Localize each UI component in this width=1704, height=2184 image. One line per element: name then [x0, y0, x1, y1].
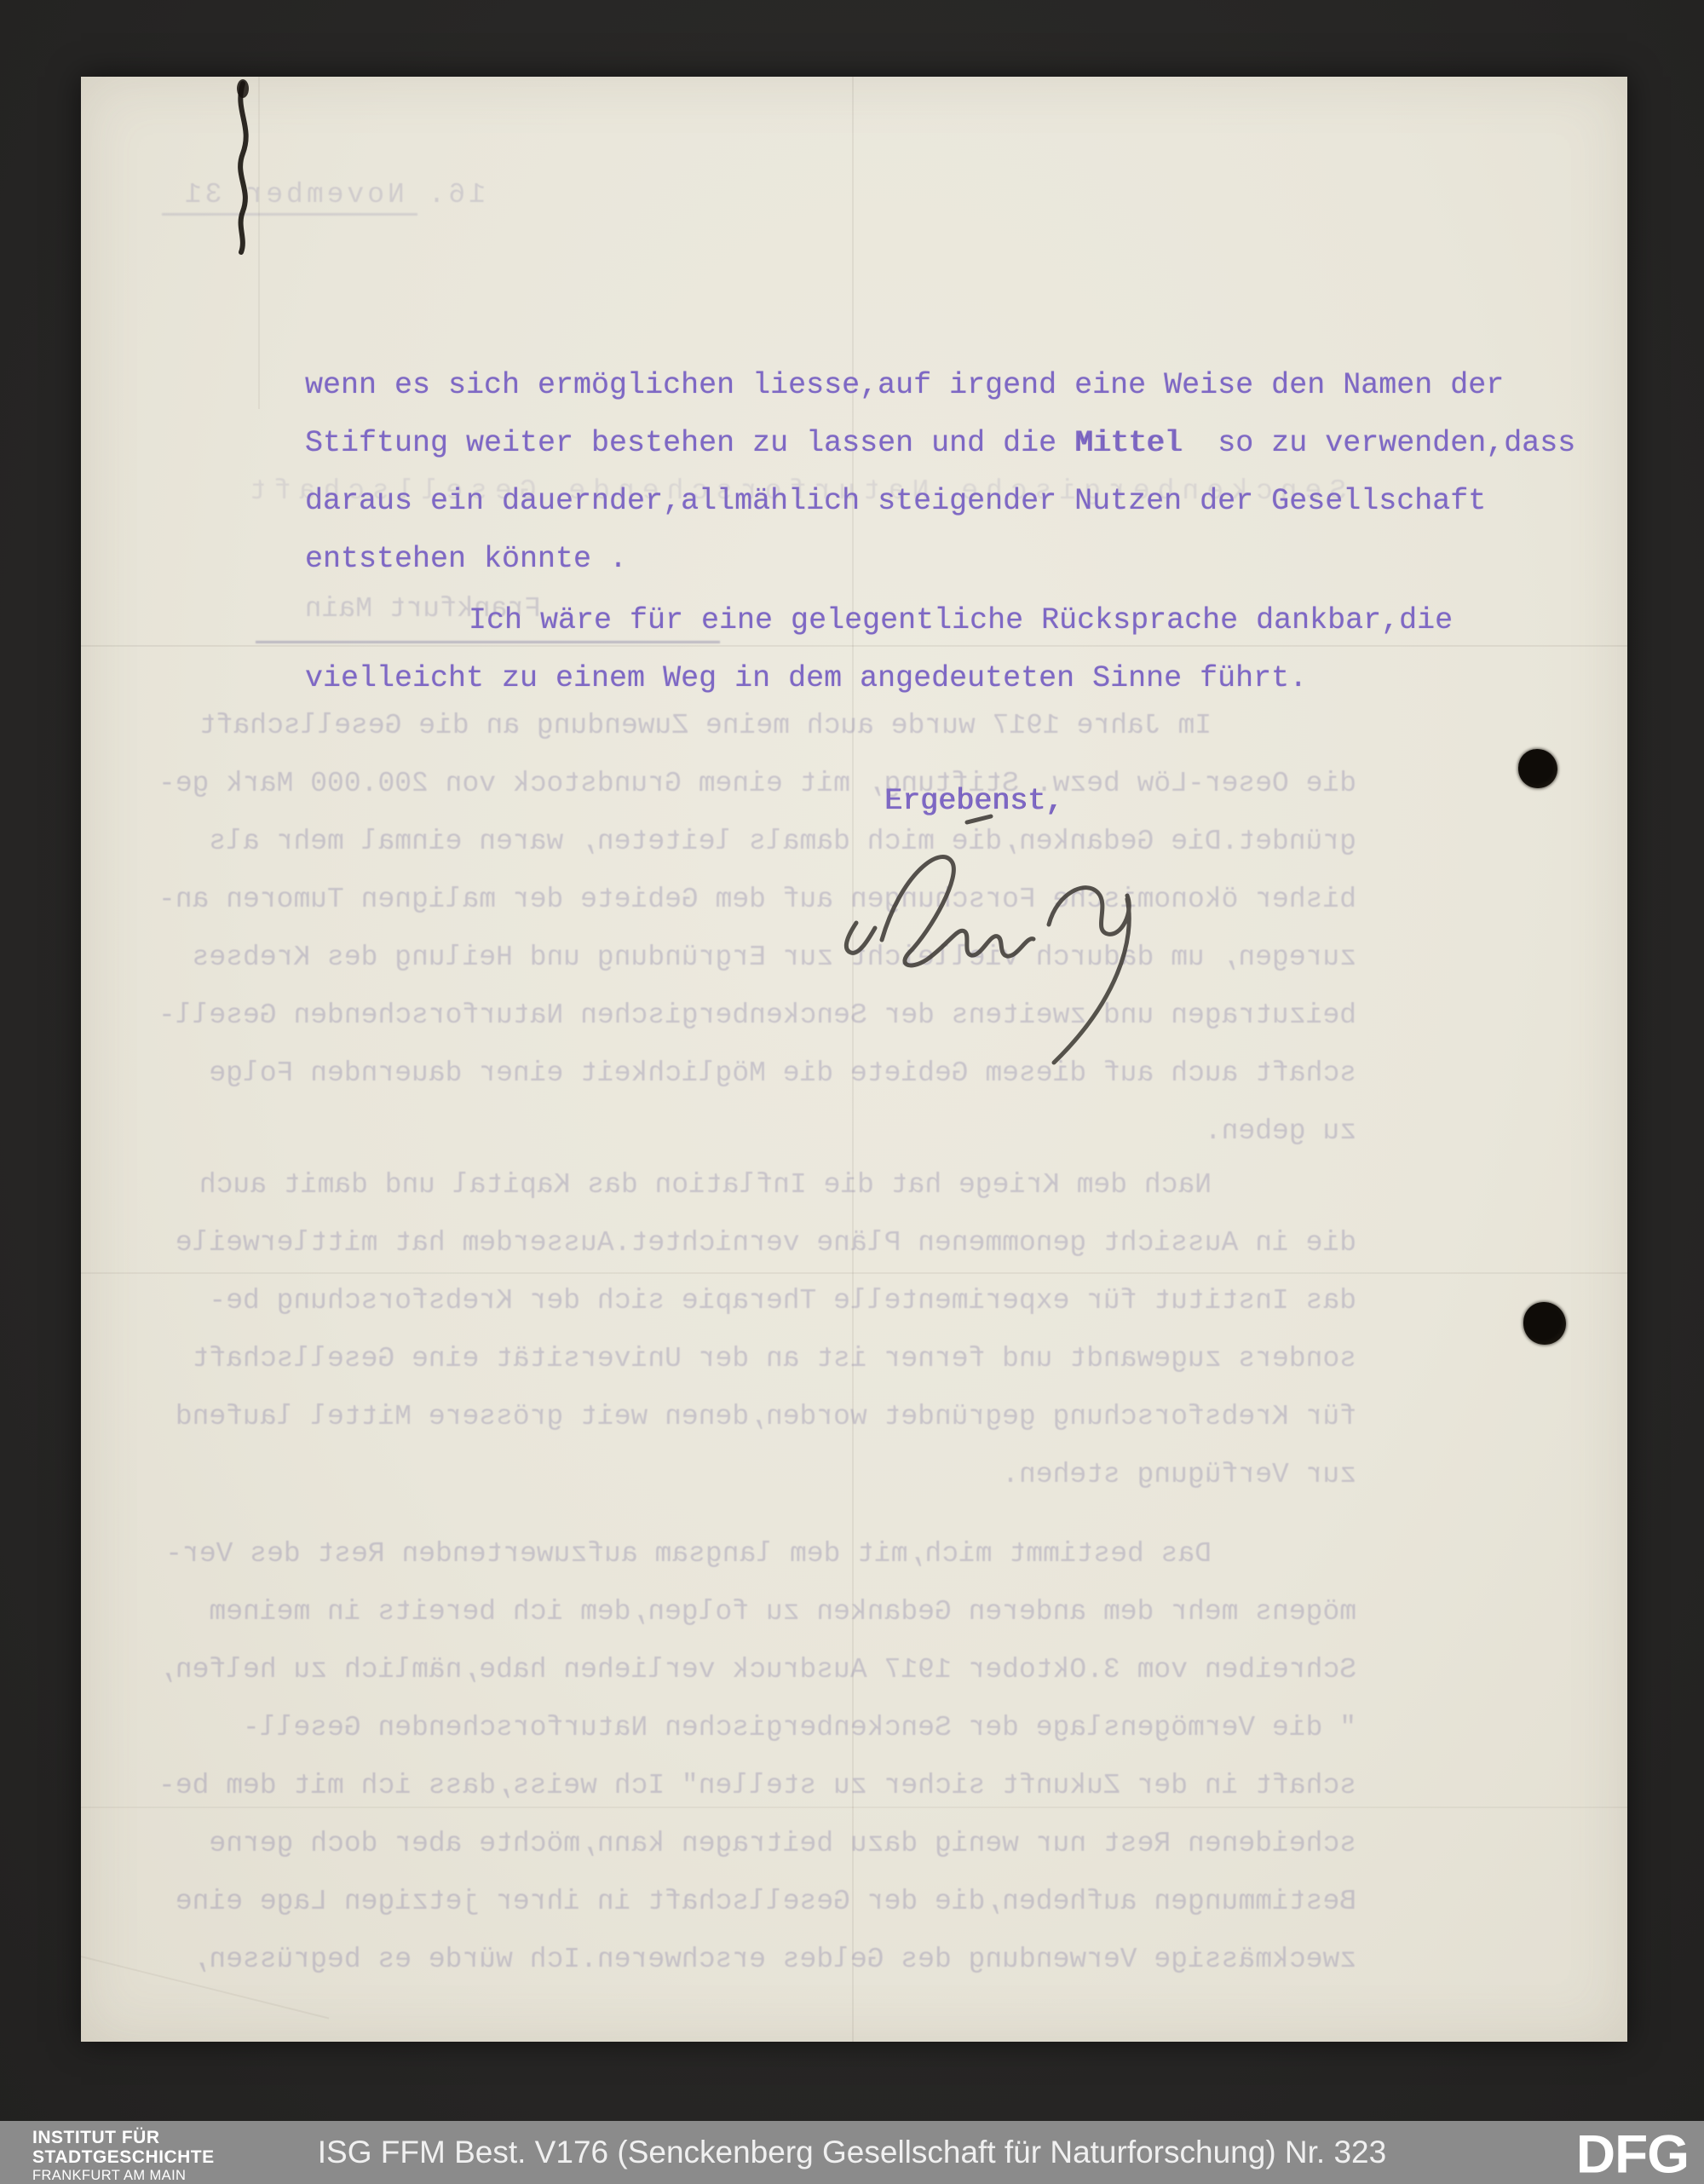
typed-line-1: wenn es sich ermöglichen liesse,auf irge…	[305, 368, 1504, 402]
punch-hole-top	[1518, 749, 1557, 788]
ink-mark	[224, 78, 258, 257]
bleedthrough-line: die Oeser-Löw bezw. Stiftung, mit einem …	[147, 768, 1356, 800]
bleedthrough-date-line: 16. November 31	[162, 179, 486, 211]
typed-line-5: Ich wäre für eine gelegentliche Rückspra…	[305, 603, 1453, 637]
bleedthrough-line: zur Verfügung stehen.	[147, 1459, 1356, 1491]
archive-caption: ISG FFM Best. V176 (Senckenberg Gesellsc…	[0, 2135, 1704, 2170]
typed-line-3: daraus ein dauernder,allmählich steigend…	[305, 484, 1486, 518]
bleedthrough-line: Bestimmungen aufheben,die der Gesellscha…	[147, 1886, 1356, 1918]
typed-line-2-pre: Stiftung weiter bestehen zu lassen und d…	[305, 426, 1074, 460]
bleedthrough-line: Nach dem Kriege hat die Inflation das Ka…	[147, 1169, 1356, 1201]
bleedthrough-line: das Institut für experimentelle Therapie…	[147, 1285, 1356, 1317]
bleedthrough-line: scheidenen Rest nur wenig dazu beitragen…	[147, 1828, 1356, 1860]
fold-crease-horizontal-upper	[81, 645, 1627, 647]
bleedthrough-line: Das bestimmt mich,mit dem langsam aufzuw…	[147, 1538, 1356, 1570]
fold-crease-vertical-top-left	[258, 77, 260, 409]
bleedthrough-line: die in Aussicht genommenen Pläne vernich…	[147, 1227, 1356, 1259]
bleedthrough-line: sonders zugewandt und ferner ist an der …	[147, 1343, 1356, 1375]
fold-crease-horizontal-middle	[81, 1272, 1627, 1274]
bleedthrough-line: zu geben.	[147, 1115, 1356, 1148]
bleedthrough-line: Schreiben vom 3.Oktober 1917 Ausdruck ve…	[147, 1654, 1356, 1686]
bleedthrough-line: für Krebsforschung gegründet worden,dene…	[147, 1401, 1356, 1433]
typed-line-2: Stiftung weiter bestehen zu lassen und d…	[305, 426, 1575, 460]
typed-line-6: vielleicht zu einem Weg in dem angedeute…	[305, 661, 1307, 695]
punch-hole-bottom	[1523, 1302, 1566, 1345]
dfg-logo: DFG	[1576, 2123, 1689, 2184]
scan-background: { "colors": { "ink": "#7e68c4", "ghost_i…	[0, 0, 1704, 2184]
fold-crease-horizontal-lower	[81, 1807, 1627, 1808]
bleedthrough-line: schaft in der Zukunft sicher zu stellen"…	[147, 1770, 1356, 1802]
bleedthrough-line: zweckmässige Verwendung des Geldes ersch…	[147, 1944, 1356, 1976]
letter-page: 16. November 31 Senckenbergische Naturfo…	[81, 77, 1627, 2042]
bleedthrough-line: Im Jahre 1917 wurde auch meine Zuwendung…	[147, 710, 1356, 742]
bleedthrough-line: " die Vermögenslage der Senckenbergische…	[147, 1712, 1356, 1744]
archive-footer-bar: INSTITUT FÜR STADTGESCHICHTE FRANKFURT A…	[0, 2121, 1704, 2184]
typed-line-2-post: so zu verwenden,dass	[1182, 426, 1575, 460]
typed-line-4: entstehen könnte .	[305, 542, 627, 576]
bleedthrough-line: mögens mehr dem anderen Gedanken zu folg…	[147, 1596, 1356, 1628]
bleedthrough-city-underline	[256, 641, 720, 643]
handwritten-signature	[831, 797, 1223, 1078]
bleedthrough-date-underline	[162, 213, 417, 216]
typed-word-mittel: Mittel	[1074, 426, 1182, 460]
